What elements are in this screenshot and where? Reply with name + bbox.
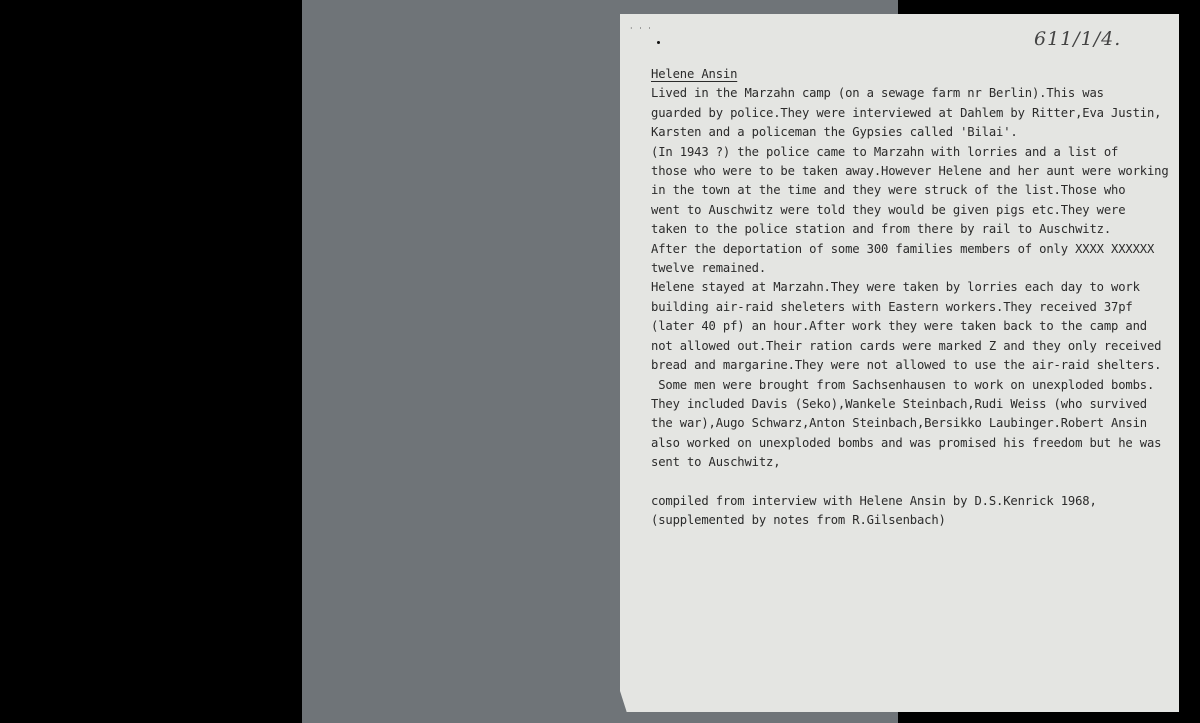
body-line: went to Auschwitz were told they would b… xyxy=(651,201,1171,220)
scan-backdrop: · · · 611/1/4. Helene Ansin Lived in the… xyxy=(302,0,898,723)
body-line: sent to Auschwitz, xyxy=(651,453,1171,472)
typed-text: Helene Ansin Lived in the Marzahn camp (… xyxy=(651,65,1171,531)
body-line: the war),Augo Schwarz,Anton Steinbach,Be… xyxy=(651,414,1171,433)
body-line: those who were to be taken away.However … xyxy=(651,162,1171,181)
ink-dot xyxy=(657,41,660,44)
handwritten-reference-number: 611/1/4. xyxy=(1034,28,1121,50)
body-line: guarded by police.They were interviewed … xyxy=(651,104,1171,123)
body-line: building air-raid sheleters with Eastern… xyxy=(651,298,1171,317)
body-line: After the deportation of some 300 famili… xyxy=(651,240,1171,259)
ink-specks: · · · xyxy=(630,24,653,33)
body-line: taken to the police station and from the… xyxy=(651,220,1171,239)
body-line: Lived in the Marzahn camp (on a sewage f… xyxy=(651,84,1171,103)
body-line: bread and margarine.They were not allowe… xyxy=(651,356,1171,375)
body-line: in the town at the time and they were st… xyxy=(651,181,1171,200)
footer-line: (supplemented by notes from R.Gilsenbach… xyxy=(651,511,1171,530)
body-line: Helene stayed at Marzahn.They were taken… xyxy=(651,278,1171,297)
body-line: twelve remained. xyxy=(651,259,1171,278)
body-line: They included Davis (Seko),Wankele Stein… xyxy=(651,395,1171,414)
body-line: Some men were brought from Sachsenhausen… xyxy=(651,376,1171,395)
body-line: not allowed out.Their ration cards were … xyxy=(651,337,1171,356)
document-footer: compiled from interview with Helene Ansi… xyxy=(651,492,1171,531)
body-line: (later 40 pf) an hour.After work they we… xyxy=(651,317,1171,336)
body-line: also worked on unexploded bombs and was … xyxy=(651,434,1171,453)
document-body: Lived in the Marzahn camp (on a sewage f… xyxy=(651,84,1171,472)
footer-line: compiled from interview with Helene Ansi… xyxy=(651,492,1171,511)
typed-page: · · · 611/1/4. Helene Ansin Lived in the… xyxy=(620,14,1179,712)
document-title: Helene Ansin xyxy=(651,65,1171,84)
body-line: (In 1943 ?) the police came to Marzahn w… xyxy=(651,143,1171,162)
body-line: Karsten and a policeman the Gypsies call… xyxy=(651,123,1171,142)
